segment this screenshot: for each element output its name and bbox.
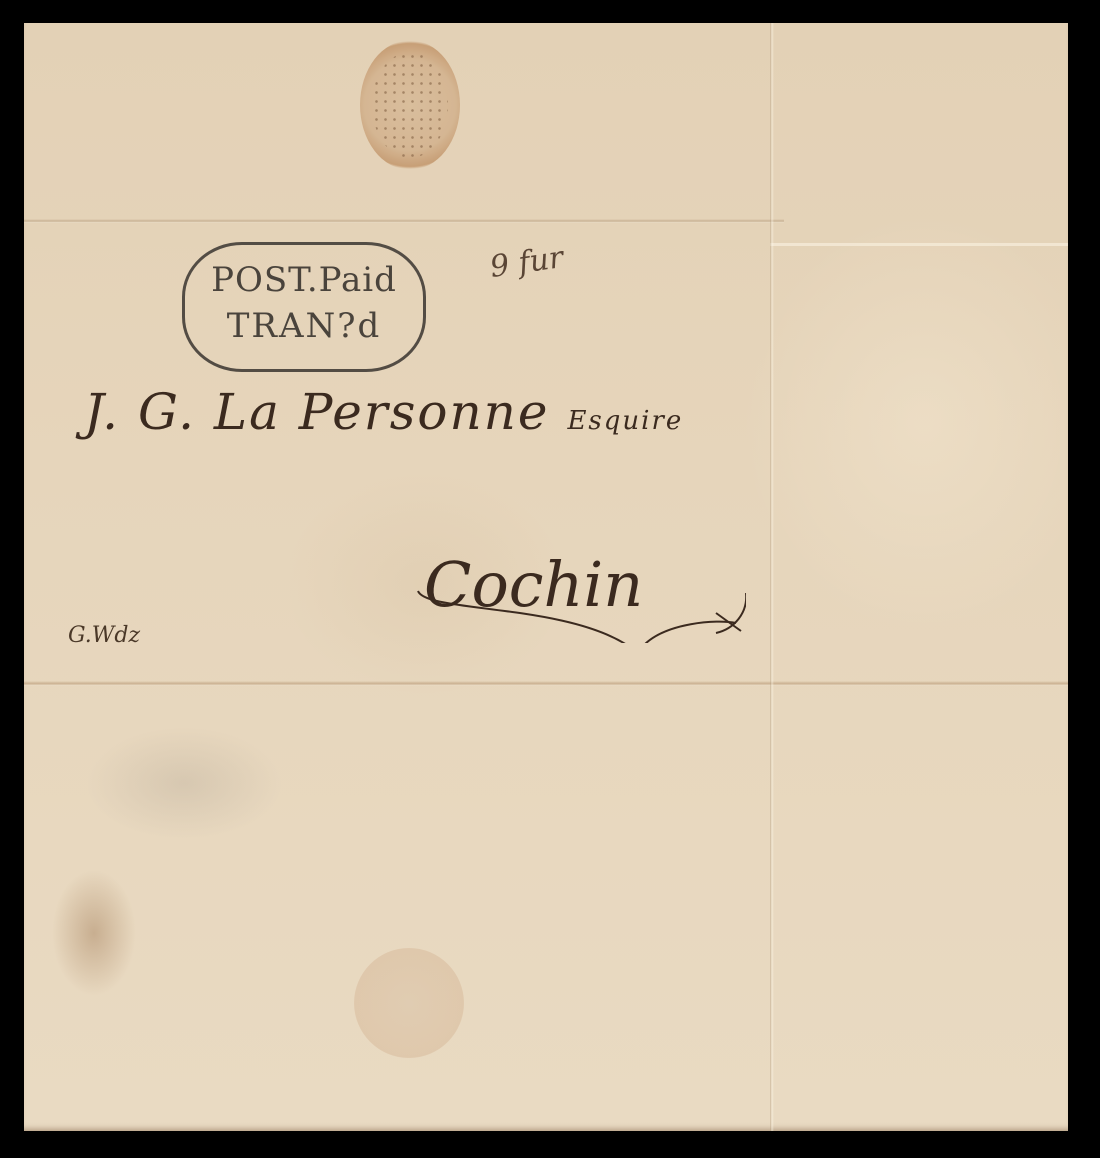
handstamp-line-1: POST.Paid [185, 263, 423, 297]
docket-note: G.Wdz [68, 623, 140, 648]
fold-crease-vertical [770, 23, 774, 1131]
address-line: J. G. La PersonneEsquire [84, 383, 683, 441]
seal-stain [354, 948, 464, 1058]
wax-seal-icon [360, 40, 460, 170]
handstamp-line-2: TRAN?d [185, 309, 423, 343]
addressee-name: J. G. La Personne [84, 383, 549, 441]
rate-marking: 9 fur [488, 240, 566, 285]
letter-sheet: POST.Paid TRAN?d 9 fur J. G. La Personne… [24, 23, 1068, 1131]
post-paid-handstamp: POST.Paid TRAN?d [182, 242, 426, 372]
underline-flourish-icon [416, 583, 746, 643]
fold-crease-middle [24, 681, 1068, 686]
addressee-honorific: Esquire [567, 406, 683, 436]
fold-crease-top [24, 219, 784, 223]
fold-crease-right [770, 243, 1068, 246]
